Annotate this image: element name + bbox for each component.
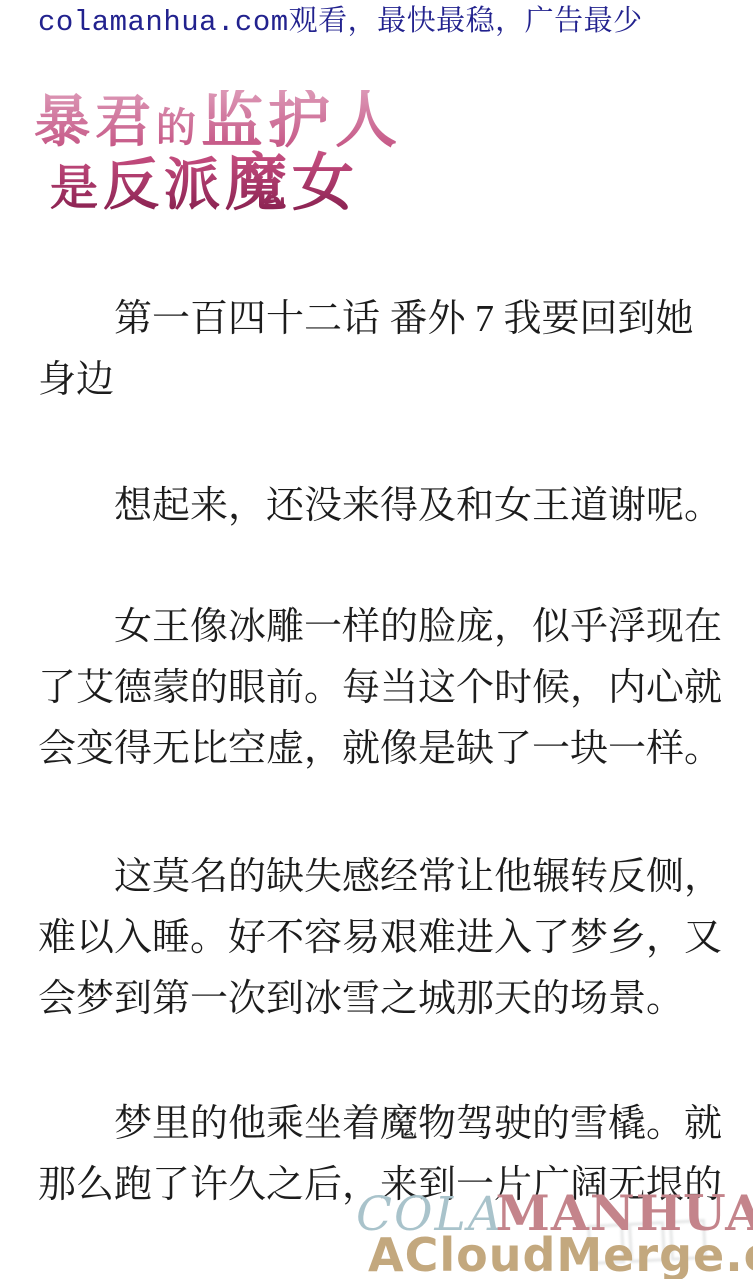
body-paragraph: 想起来，还没来得及和女王道谢呢。 bbox=[38, 476, 722, 537]
comic-text-page: colamanhua.com观看，最快最稳，广告最少 暴君的监护人 是反派魔女 … bbox=[0, 0, 753, 1279]
logo-text: 的 bbox=[156, 105, 201, 150]
chapter-title: 第一百四十二话 番外 7 我要回到她 身边 bbox=[38, 289, 694, 411]
site-promo-banner: colamanhua.com观看，最快最稳，广告最少 bbox=[38, 6, 643, 40]
body-text-line: 梦里的他乘坐着魔物驾驶的雪橇。就 bbox=[38, 1094, 722, 1155]
chapter-title-line: 第一百四十二话 番外 7 我要回到她 bbox=[38, 289, 694, 350]
logo-text: 反派 bbox=[103, 155, 225, 217]
logo-text: 魔女 bbox=[225, 150, 359, 218]
body-text-line: 这莫名的缺失感经常让他辗转反侧， bbox=[38, 847, 722, 908]
series-logo-line1: 暴君的监护人 bbox=[34, 90, 402, 153]
body-text-line: 了艾德蒙的眼前。每当这个时候，内心就 bbox=[38, 658, 722, 719]
body-text-line: 想起来，还没来得及和女王道谢呢。 bbox=[38, 476, 722, 537]
body-text-line: 女王像冰雕一样的脸庞，似乎浮现在 bbox=[38, 597, 722, 658]
body-text-line: 会梦到第一次到冰雪之城那天的场景。 bbox=[38, 969, 722, 1030]
body-paragraph: 女王像冰雕一样的脸庞，似乎浮现在 了艾德蒙的眼前。每当这个时候，内心就 会变得无… bbox=[38, 597, 722, 780]
series-logo: 暴君的监护人 是反派魔女 bbox=[34, 90, 402, 216]
body-text-line: 难以入睡。好不容易艰难进入了梦乡，又 bbox=[38, 908, 722, 969]
body-text-line: 会变得无比空虚，就像是缺了一块一样。 bbox=[38, 719, 722, 780]
logo-text: 是 bbox=[50, 162, 103, 215]
acloudmerge-watermark: ACloudMerge.com bbox=[368, 1232, 753, 1278]
series-logo-line2: 是反派魔女 bbox=[34, 153, 402, 216]
logo-text: 监护人 bbox=[201, 87, 402, 155]
chapter-title-line: 身边 bbox=[38, 350, 694, 411]
logo-text: 暴君 bbox=[34, 92, 156, 154]
body-paragraph: 这莫名的缺失感经常让他辗转反侧， 难以入睡。好不容易艰难进入了梦乡，又 会梦到第… bbox=[38, 847, 722, 1030]
